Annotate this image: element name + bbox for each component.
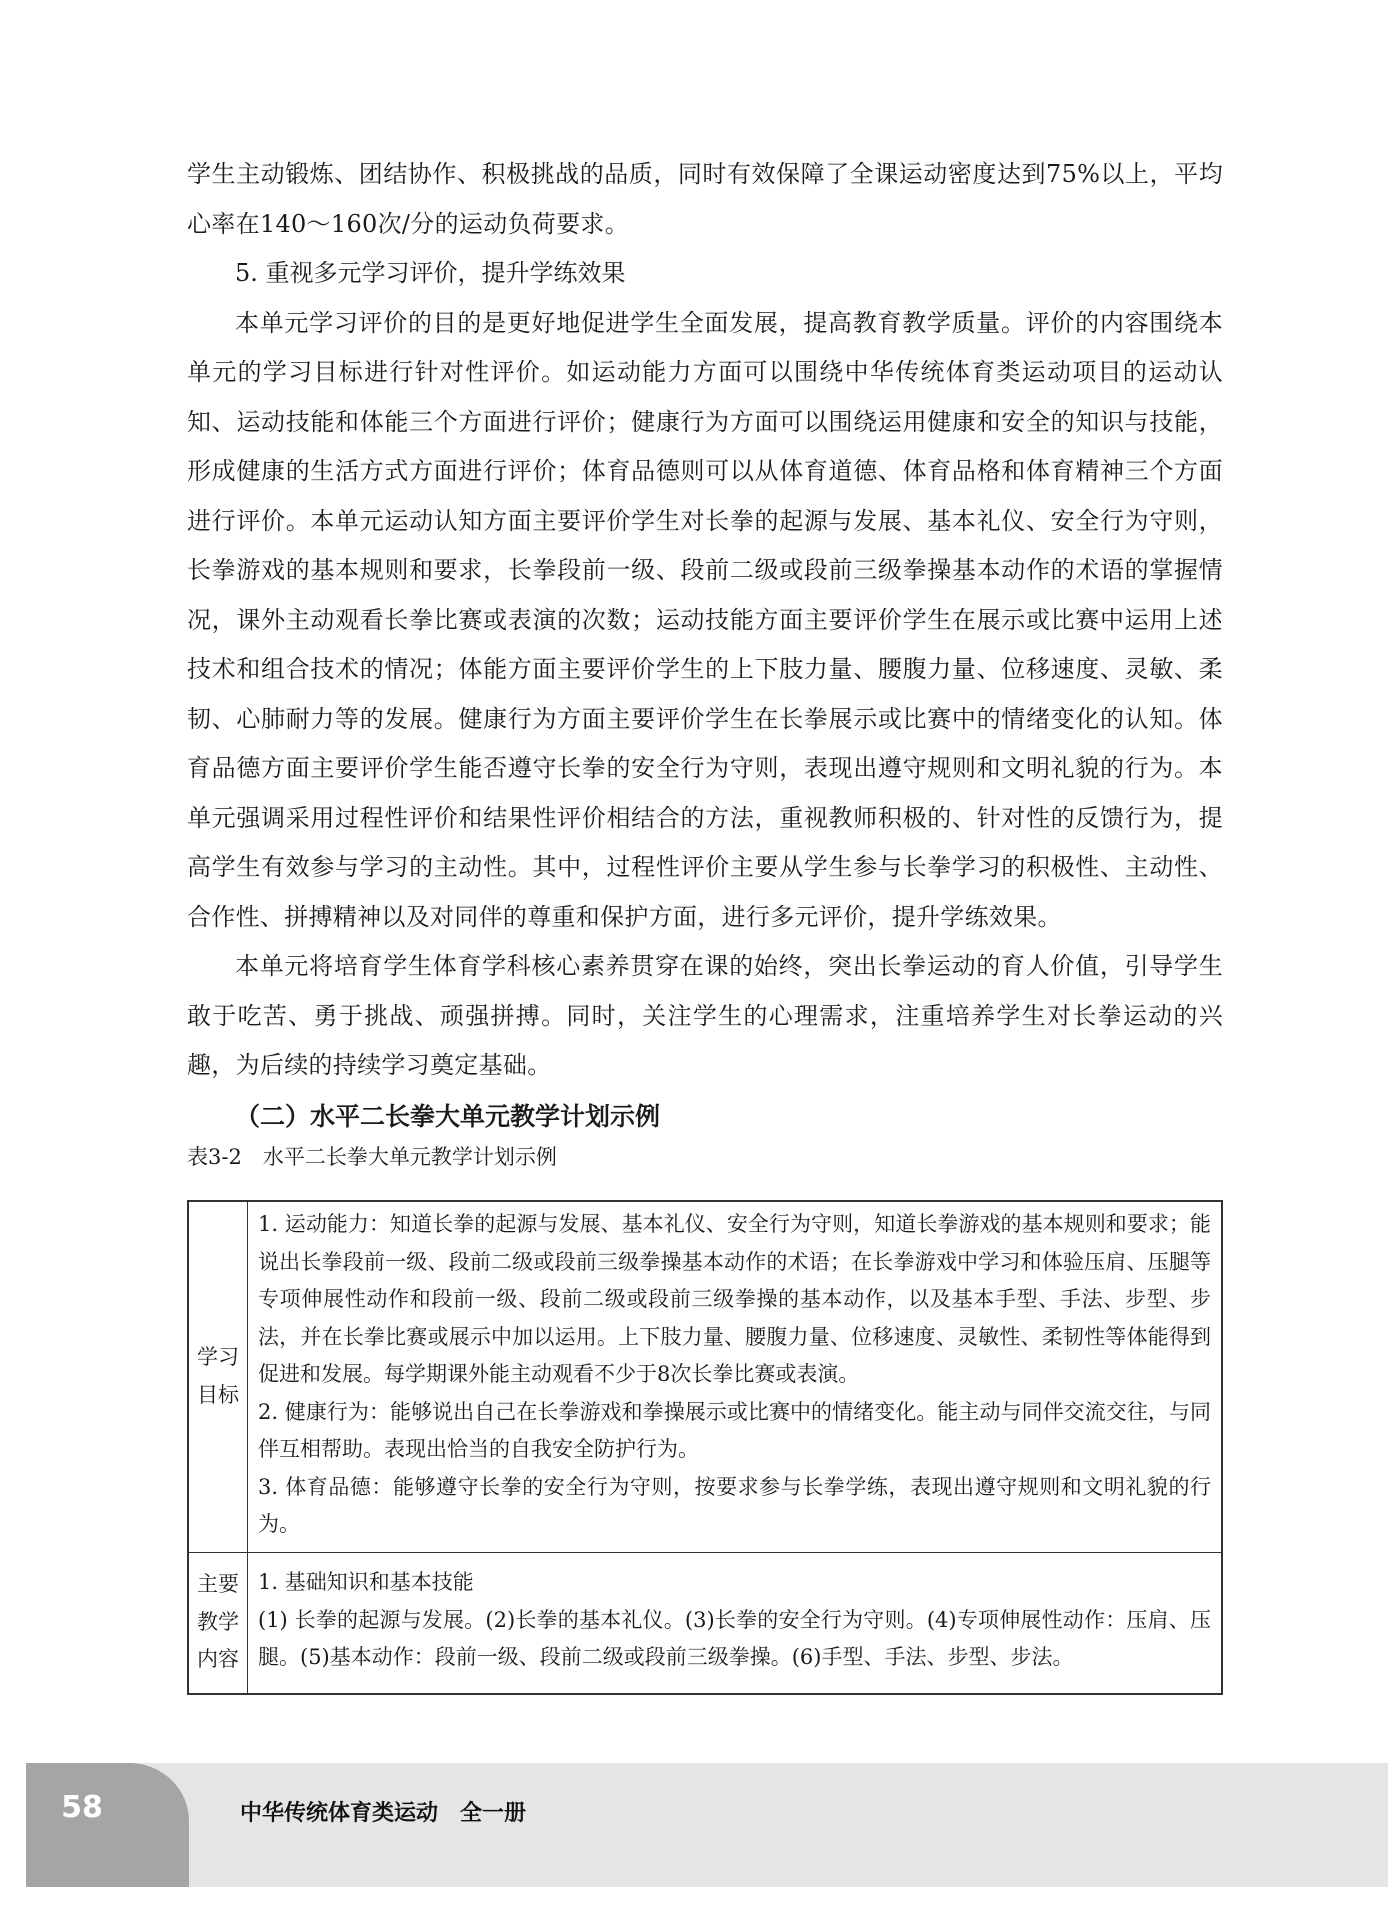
content-list: (1) 长拳的起源与发展。(2)长拳的基本礼仪。(3)长拳的安全行为守则。(4)… <box>258 1602 1211 1677</box>
row-label-learning-goals: 学习目标 <box>188 1201 248 1552</box>
paragraph-core-literacy: 本单元将培育学生体育学科核心素养贯穿在课的始终，突出长拳运动的育人价值，引导学生… <box>187 942 1223 1091</box>
footer-band <box>26 1763 1388 1887</box>
footer-page-tab <box>26 1763 189 1887</box>
teaching-plan-table: 学习目标 1. 运动能力：知道长拳的起源与发展、基本礼仪、安全行为守则，知道长拳… <box>187 1200 1223 1695</box>
page-number: 58 <box>26 1790 138 1825</box>
table-row-learning-goals: 学习目标 1. 运动能力：知道长拳的起源与发展、基本礼仪、安全行为守则，知道长拳… <box>188 1201 1222 1552</box>
subheading-evaluation: 5. 重视多元学习评价，提升学练效果 <box>187 249 1223 299</box>
learning-goals-cell: 1. 运动能力：知道长拳的起源与发展、基本礼仪、安全行为守则，知道长拳游戏的基本… <box>248 1201 1223 1552</box>
main-content-cell: 1. 基础知识和基本技能 (1) 长拳的起源与发展。(2)长拳的基本礼仪。(3)… <box>248 1552 1223 1694</box>
table-row-main-content: 主要教学内容 1. 基础知识和基本技能 (1) 长拳的起源与发展。(2)长拳的基… <box>188 1552 1222 1694</box>
goal-health-behavior: 2. 健康行为：能够说出自己在长拳游戏和拳操展示或比赛中的情绪变化。能主动与同伴… <box>258 1394 1211 1469</box>
paragraph-intro-continuation: 学生主动锻炼、团结协作、积极挑战的品质，同时有效保障了全课运动密度达到75%以上… <box>187 150 1223 249</box>
table-caption: 表3-2 水平二长拳大单元教学计划示例 <box>187 1142 557 1172</box>
row-label-main-content: 主要教学内容 <box>188 1552 248 1694</box>
section-title: （二）水平二长拳大单元教学计划示例 <box>187 1091 1223 1143</box>
paragraph-evaluation: 本单元学习评价的目的是更好地促进学生全面发展，提高教育教学质量。评价的内容围绕本… <box>187 299 1223 943</box>
content-heading: 1. 基础知识和基本技能 <box>258 1564 1211 1602</box>
page-body: 学生主动锻炼、团结协作、积极挑战的品质，同时有效保障了全课运动密度达到75%以上… <box>187 150 1223 1143</box>
book-title: 中华传统体育类运动 全一册 <box>240 1796 526 1827</box>
goal-motor-ability: 1. 运动能力：知道长拳的起源与发展、基本礼仪、安全行为守则，知道长拳游戏的基本… <box>258 1206 1211 1394</box>
goal-sports-ethics: 3. 体育品德：能够遵守长拳的安全行为守则，按要求参与长拳学练，表现出遵守规则和… <box>258 1469 1211 1544</box>
